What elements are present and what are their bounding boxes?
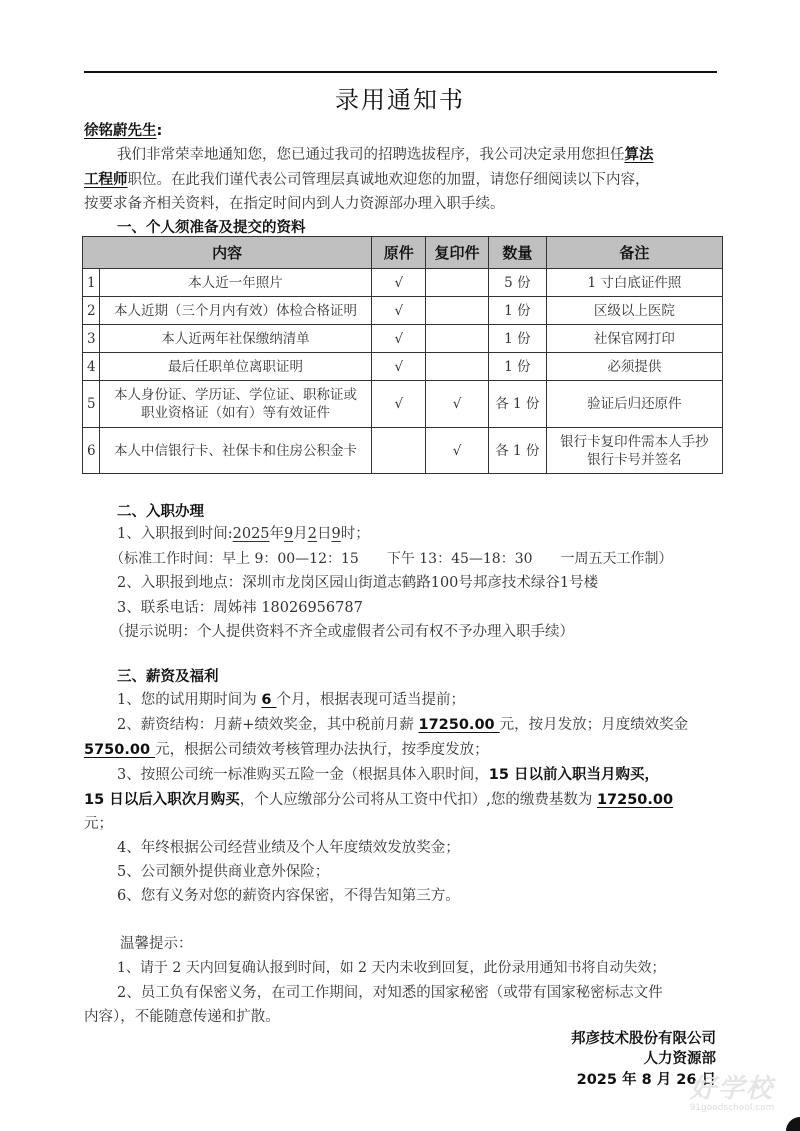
monthly-salary: 17250.00: [418, 717, 499, 733]
header-rule: [84, 71, 717, 73]
section-2-heading: 二、入职办理: [117, 500, 204, 521]
insurance-line-3: 元；: [84, 814, 113, 834]
tips-item-1: 1、请于 2 天内回复确认报到时间，如 2 天内未收到回复，此份录用通知书将自动…: [117, 958, 666, 978]
year-end-bonus: 4、年终根据公司经营业绩及个人年度绩效发放奖金；: [117, 838, 460, 858]
table-header-row: 内容 原件 复印件 数量 备注: [83, 237, 723, 269]
insurance-line-2: 15 日以后入职次月购买，个人应缴部分公司将从工资中代扣）,您的缴费基数为 17…: [84, 790, 673, 810]
check-icon: √: [372, 297, 426, 325]
intro-line-1: 我们非常荣幸地通知您，您已通过我司的招聘选拔程序，我公司决定录用您担任算法: [117, 145, 654, 165]
greeting: 徐铭蔚先生:: [84, 121, 162, 141]
table-row: 5 本人身份证、学历证、学位证、职称证或 职业资格证（如有）等有效证件 √ √ …: [83, 381, 723, 428]
start-time: 1、入职报到时间:2025年9月2日9时；: [117, 524, 370, 544]
position-title-part1: 算法: [625, 147, 654, 163]
tips-item-2-line-2: 内容），不能随意传递和扩散。: [84, 1007, 280, 1027]
materials-table: 内容 原件 复印件 数量 备注 1 本人近一年照片 √ 5 份 1 寸白底证件照…: [82, 236, 723, 474]
department-name: 人力资源部: [644, 1049, 717, 1069]
commercial-insurance: 5、公司额外提供商业意外保险；: [117, 862, 329, 882]
confidentiality-salary: 6、您有义务对您的薪资内容保密，不得告知第三方。: [117, 886, 460, 906]
table-row: 6 本人中信银行卡、社保卡和住房公积金卡 √ 各 1 份 银行卡复印件需本人手抄…: [83, 428, 723, 474]
start-month: 9: [284, 526, 293, 542]
position-title-part2: 工程师: [84, 172, 128, 188]
work-hours: （标准工作时间：早上 9：00—12：15 下午 13：45—18：30 一周五…: [110, 549, 673, 569]
intro-line-3: 按要求备齐相关资料，在指定时间内到人力资源部办理入职手续。: [84, 194, 505, 214]
candidate-name: 徐铭蔚先生: [84, 123, 157, 139]
col-header-copy: 复印件: [426, 237, 489, 269]
probation-months: 6: [261, 692, 276, 708]
contribution-base: 17250.00: [597, 792, 673, 808]
performance-bonus: 5750.00: [84, 742, 155, 758]
page-title: 录用通知书: [0, 80, 800, 115]
check-icon: √: [426, 381, 489, 428]
onboarding-notice: （提示说明：个人提供资料不齐全或虚假者公司有权不予办理入职手续）: [110, 622, 574, 642]
check-icon: √: [426, 428, 489, 474]
table-row: 2 本人近期（三个月内有效）体检合格证明 √ 1 份 区级以上医院: [83, 297, 723, 325]
section-1-heading: 一、个人须准备及提交的资料: [117, 216, 306, 237]
probation-period: 1、您的试用期时间为 6 个月，根据表现可适当提前；: [117, 690, 465, 710]
start-location: 2、入职报到地点：深圳市龙岗区园山街道志鹤路100号邦彦技术绿谷1号楼: [117, 573, 598, 593]
contact-phone: 3、联系电话：周姊祎 18026956787: [117, 598, 363, 618]
table-row: 4 最后任职单位离职证明 √ 1 份 必须提供: [83, 353, 723, 381]
offer-letter-page: 录用通知书 徐铭蔚先生: 我们非常荣幸地通知您，您已通过我司的招聘选拔程序，我公…: [0, 0, 800, 1131]
check-icon: √: [372, 381, 426, 428]
start-hour: 9: [332, 526, 341, 542]
tips-heading: 温馨提示：: [120, 934, 193, 954]
col-header-content: 内容: [83, 237, 372, 269]
section-3-heading: 三、薪资及福利: [117, 665, 219, 686]
table-row: 3 本人近两年社保缴纳清单 √ 1 份 社保官网打印: [83, 325, 723, 353]
start-day: 2: [308, 526, 317, 542]
check-icon: √: [372, 269, 426, 297]
check-icon: √: [372, 325, 426, 353]
check-icon: √: [372, 353, 426, 381]
col-header-note: 备注: [546, 237, 722, 269]
start-year: 2025: [233, 526, 270, 542]
company-name: 邦彦技术股份有限公司: [571, 1029, 716, 1049]
salary-structure-line-2: 5750.00 元，根据公司绩效考核管理办法执行，按季度发放；: [84, 740, 489, 760]
col-header-original: 原件: [372, 237, 426, 269]
watermark-logo: 好学校 91goodschool.com: [672, 1068, 792, 1124]
col-header-quantity: 数量: [488, 237, 546, 269]
tips-item-2-line-1: 2、员工负有保密义务，在司工作期间，对知悉的国家秘密（或带有国家秘密标志文件: [117, 983, 663, 1003]
table-row: 1 本人近一年照片 √ 5 份 1 寸白底证件照: [83, 269, 723, 297]
salary-structure-line-1: 2、薪资结构：月薪+绩效奖金，其中税前月薪 17250.00 元，按月发放；月度…: [117, 715, 688, 735]
insurance-line-1: 3、按照公司统一标准购买五险一金（根据具体入职时间，15 日以前入职当月购买，: [117, 765, 659, 785]
intro-line-2: 工程师职位。在此我们谨代表公司管理层真诚地欢迎您的加盟，请您仔细阅读以下内容，: [84, 170, 650, 190]
